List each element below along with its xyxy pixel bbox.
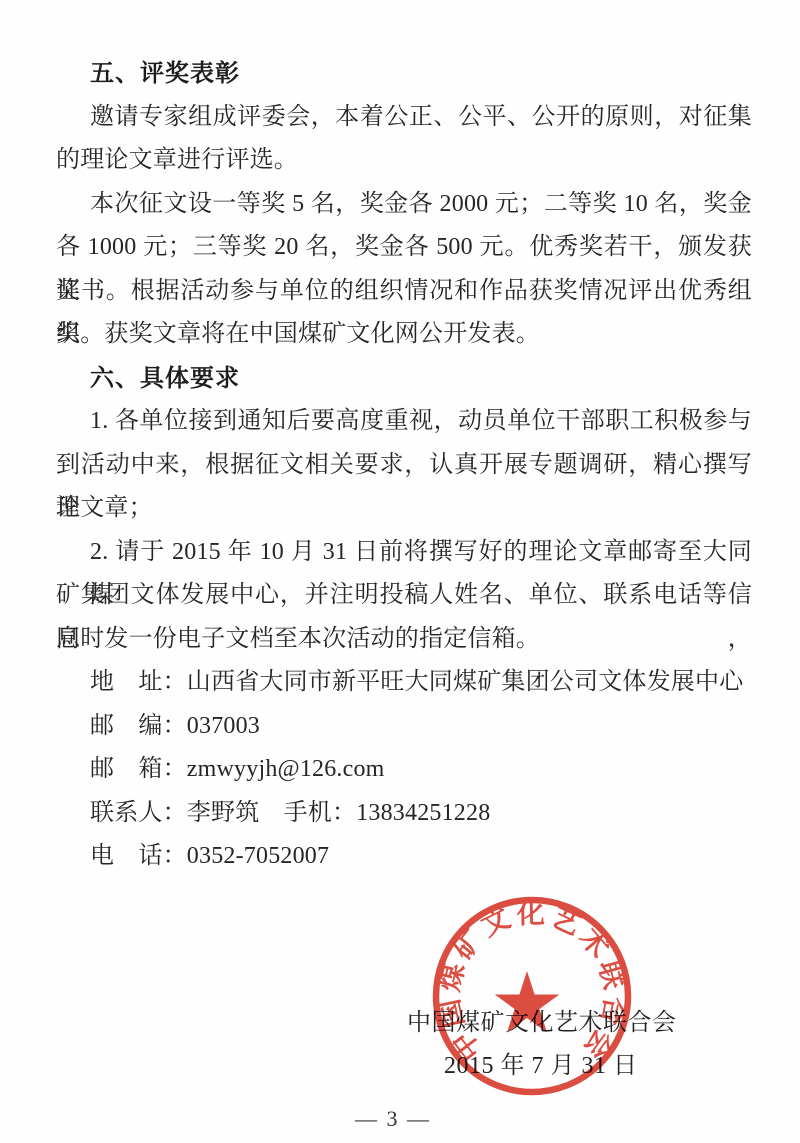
text-line: 论文章；	[56, 487, 752, 531]
text-line: 2. 请于 2015 年 10 月 31 日前将撰写好的理论文章邮寄至大同煤	[56, 531, 752, 575]
text-line: 证书。根据活动参与单位的组织情况和作品获奖情况评出优秀组织	[56, 270, 752, 314]
text-line: 奖。获奖文章将在中国煤矿文化网公开发表。	[56, 313, 752, 357]
text-line: 1. 各单位接到通知后要高度重视，动员单位干部职工积极参与	[56, 400, 752, 444]
text-line: 邮 箱：zmwyyjh@126.com	[56, 748, 752, 792]
text-line: 地 址：山西省大同市新平旺大同煤矿集团公司文体发展中心	[56, 661, 752, 705]
text-line: 邮 编：037003	[56, 705, 752, 749]
section-heading: 六、具体要求	[56, 357, 752, 401]
text-line: 各 1000 元；三等奖 20 名，奖金各 500 元。优秀奖若干，颁发获奖	[56, 226, 752, 270]
scan-speck	[416, 290, 419, 293]
document-body: 五、评奖表彰邀请专家组成评委会，本着公正、公平、公开的原则，对征集的理论文章进行…	[56, 52, 752, 879]
text-line: 本次征文设一等奖 5 名，奖金各 2000 元；二等奖 10 名，奖金	[56, 183, 752, 227]
text-line: 联系人：李野筑 手机：13834251228	[56, 792, 752, 836]
page-number: — 3 —	[333, 1106, 453, 1132]
text-line: 矿集团文体发展中心，并注明投稿人姓名、单位、联系电话等信息，	[56, 574, 752, 618]
scan-speck	[104, 590, 107, 593]
text-line: 的理论文章进行评选。	[56, 139, 752, 183]
text-line: 电 话：0352-7052007	[56, 835, 752, 879]
seal-ring-text: 中国煤矿文化艺术联合会	[433, 897, 632, 1067]
section-heading: 五、评奖表彰	[56, 52, 752, 96]
text-line: 到活动中来，根据征文相关要求，认真开展专题调研，精心撰写理	[56, 444, 752, 488]
signature-org: 中国煤矿文化艺术联合会	[407, 1008, 677, 1038]
scan-speck	[700, 455, 703, 458]
document-page: 五、评奖表彰邀请专家组成评委会，本着公正、公平、公开的原则，对征集的理论文章进行…	[0, 0, 800, 1143]
signature-date: 2015 年 7 月 31 日	[444, 1051, 638, 1081]
text-line: 邀请专家组成评委会，本着公正、公平、公开的原则，对征集	[56, 96, 752, 140]
